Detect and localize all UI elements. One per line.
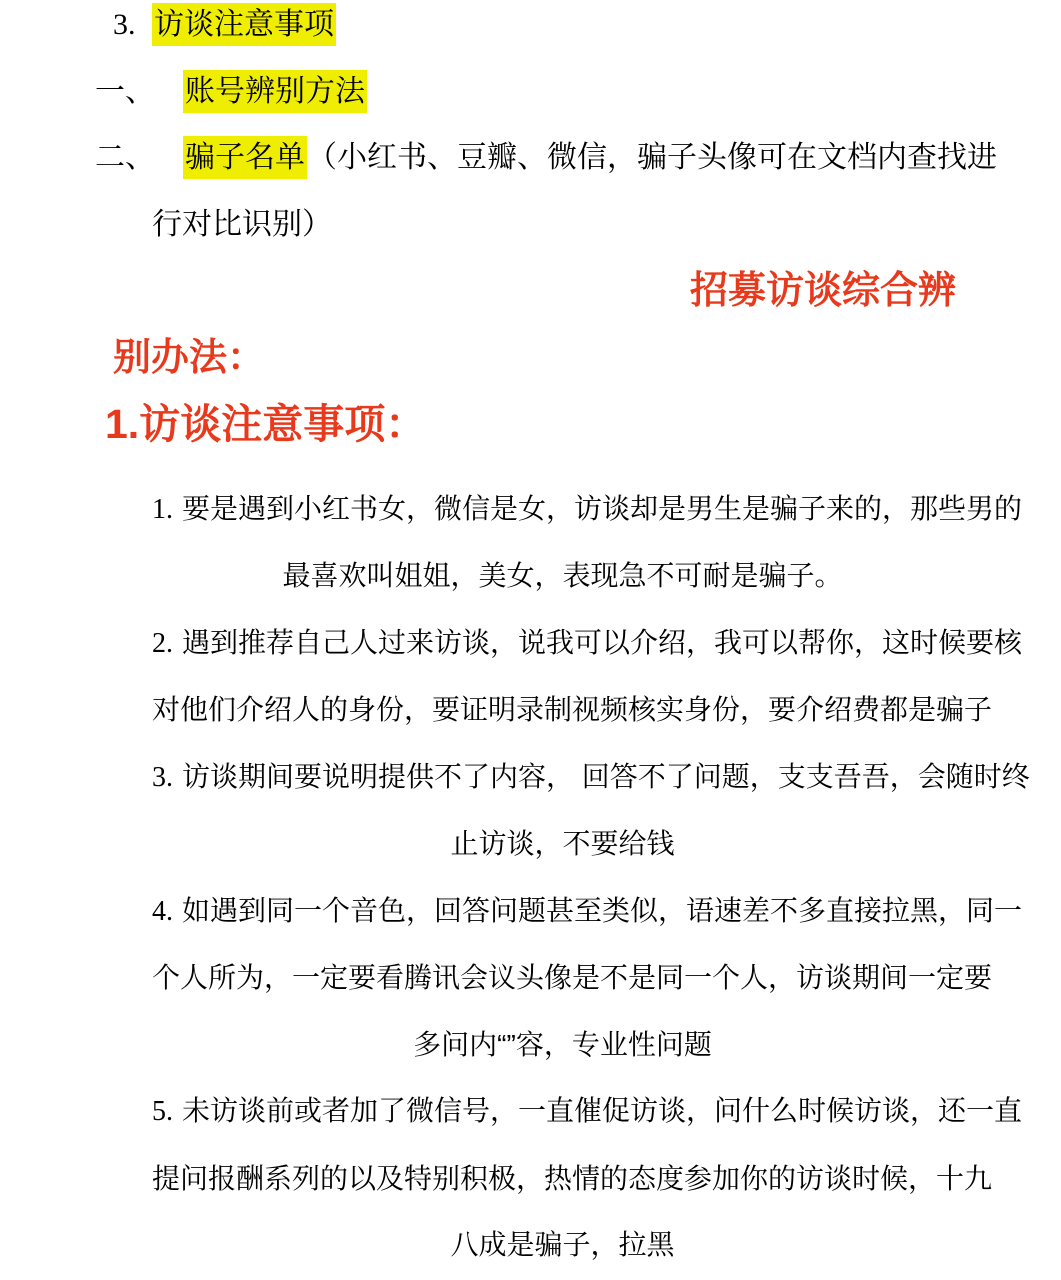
list-marker: 二、 — [95, 125, 183, 192]
outline-list: 3.访谈注意事项 一、账号辨别方法 二、骗子名单（小红书、豆瓣、微信，骗子头像可… — [0, 0, 1061, 258]
note-marker: 5. — [152, 1096, 173, 1127]
note-line: 5.未访谈前或者加了微信号，一直催促访谈，问什么时候访谈，还一直 — [152, 1078, 973, 1146]
note-line: 多问内“”容，专业性问题 — [152, 1012, 973, 1079]
note-marker: 3. — [152, 762, 173, 793]
note-line: 止访谈，不要给钱 — [152, 811, 973, 878]
list-marker: 一、 — [95, 59, 183, 126]
note-line: 个人所为，一定要看腾讯会议头像是不是同一个人，访谈期间一定要 — [152, 945, 973, 1012]
doc-title-line2: 别办法： — [113, 325, 1061, 392]
note-line: 提问报酬系列的以及特别积极，热情的态度参加你的访谈时候，十九 — [152, 1146, 973, 1213]
note-line: 最喜欢叫姐姐，美女，表现急不可耐是骗子。 — [152, 543, 973, 610]
notes-list: 1.要是遇到小红书女，微信是女，访谈却是男生是骗子来的，那些男的 最喜欢叫姐姐，… — [152, 476, 973, 1279]
note-line: 1.要是遇到小红书女，微信是女，访谈却是男生是骗子来的，那些男的 — [152, 476, 973, 544]
note-line: 2.遇到推荐自己人过来访谈，说我可以介绍，我可以帮你，这时候要核 — [152, 610, 973, 678]
note-line: 3.访谈期间要说明提供不了内容， 回答不了问题，支支吾吾，会随时终 — [152, 744, 973, 812]
section-heading: 1.访谈注意事项： — [105, 391, 1061, 458]
outline-item-er: 二、骗子名单（小红书、豆瓣、微信，骗子头像可在文档内查找进 — [0, 125, 1061, 192]
document-page: 3.访谈注意事项 一、账号辨别方法 二、骗子名单（小红书、豆瓣、微信，骗子头像可… — [0, 0, 1061, 1280]
highlighted-text: 访谈注意事项 — [152, 3, 336, 46]
note-item-5: 5.未访谈前或者加了微信号，一直催促访谈，问什么时候访谈，还一直 提问报酬系列的… — [152, 1078, 973, 1279]
doc-title: 招募访谈综合辨 别办法： — [113, 258, 1061, 391]
note-item-1: 1.要是遇到小红书女，微信是女，访谈却是男生是骗子来的，那些男的 最喜欢叫姐姐，… — [152, 476, 973, 610]
note-line: 八成是骗子，拉黑 — [152, 1212, 973, 1279]
highlighted-text: 骗子名单 — [183, 136, 307, 179]
note-item-4: 4.如遇到同一个音色，回答问题甚至类似，语速差不多直接拉黑，同一 个人所为，一定… — [152, 878, 973, 1079]
list-marker: 3. — [113, 0, 152, 59]
outline-item-3: 3.访谈注意事项 — [0, 0, 1061, 59]
outline-item-yi: 一、账号辨别方法 — [0, 59, 1061, 126]
note-line: 4.如遇到同一个音色，回答问题甚至类似，语速差不多直接拉黑，同一 — [152, 878, 973, 946]
doc-title-line1: 招募访谈综合辨 — [113, 258, 1061, 325]
note-text: 遇到推荐自己人过来访谈，说我可以介绍，我可以帮你，这时候要核 — [182, 627, 1022, 658]
note-text: 要是遇到小红书女，微信是女，访谈却是男生是骗子来的，那些男的 — [182, 493, 1022, 524]
note-text: 如遇到同一个音色，回答问题甚至类似，语速差不多直接拉黑，同一 — [182, 895, 1022, 926]
outline-item-er-continuation: 行对比识别） — [0, 192, 1061, 259]
note-item-3: 3.访谈期间要说明提供不了内容， 回答不了问题，支支吾吾，会随时终 止访谈，不要… — [152, 744, 973, 878]
note-marker: 4. — [152, 896, 173, 927]
outline-item-er-rest: （小红书、豆瓣、微信，骗子头像可在文档内查找进 — [307, 141, 997, 174]
note-item-2: 2.遇到推荐自己人过来访谈，说我可以介绍，我可以帮你，这时候要核 对他们介绍人的… — [152, 610, 973, 744]
note-line: 对他们介绍人的身份，要证明录制视频核实身份，要介绍费都是骗子 — [152, 677, 973, 744]
note-marker: 1. — [152, 494, 173, 525]
note-text: 未访谈前或者加了微信号，一直催促访谈，问什么时候访谈，还一直 — [182, 1095, 1022, 1126]
highlighted-text: 账号辨别方法 — [183, 70, 367, 113]
note-text: 访谈期间要说明提供不了内容， 回答不了问题，支支吾吾，会随时终 — [182, 761, 1030, 792]
note-marker: 2. — [152, 628, 173, 659]
